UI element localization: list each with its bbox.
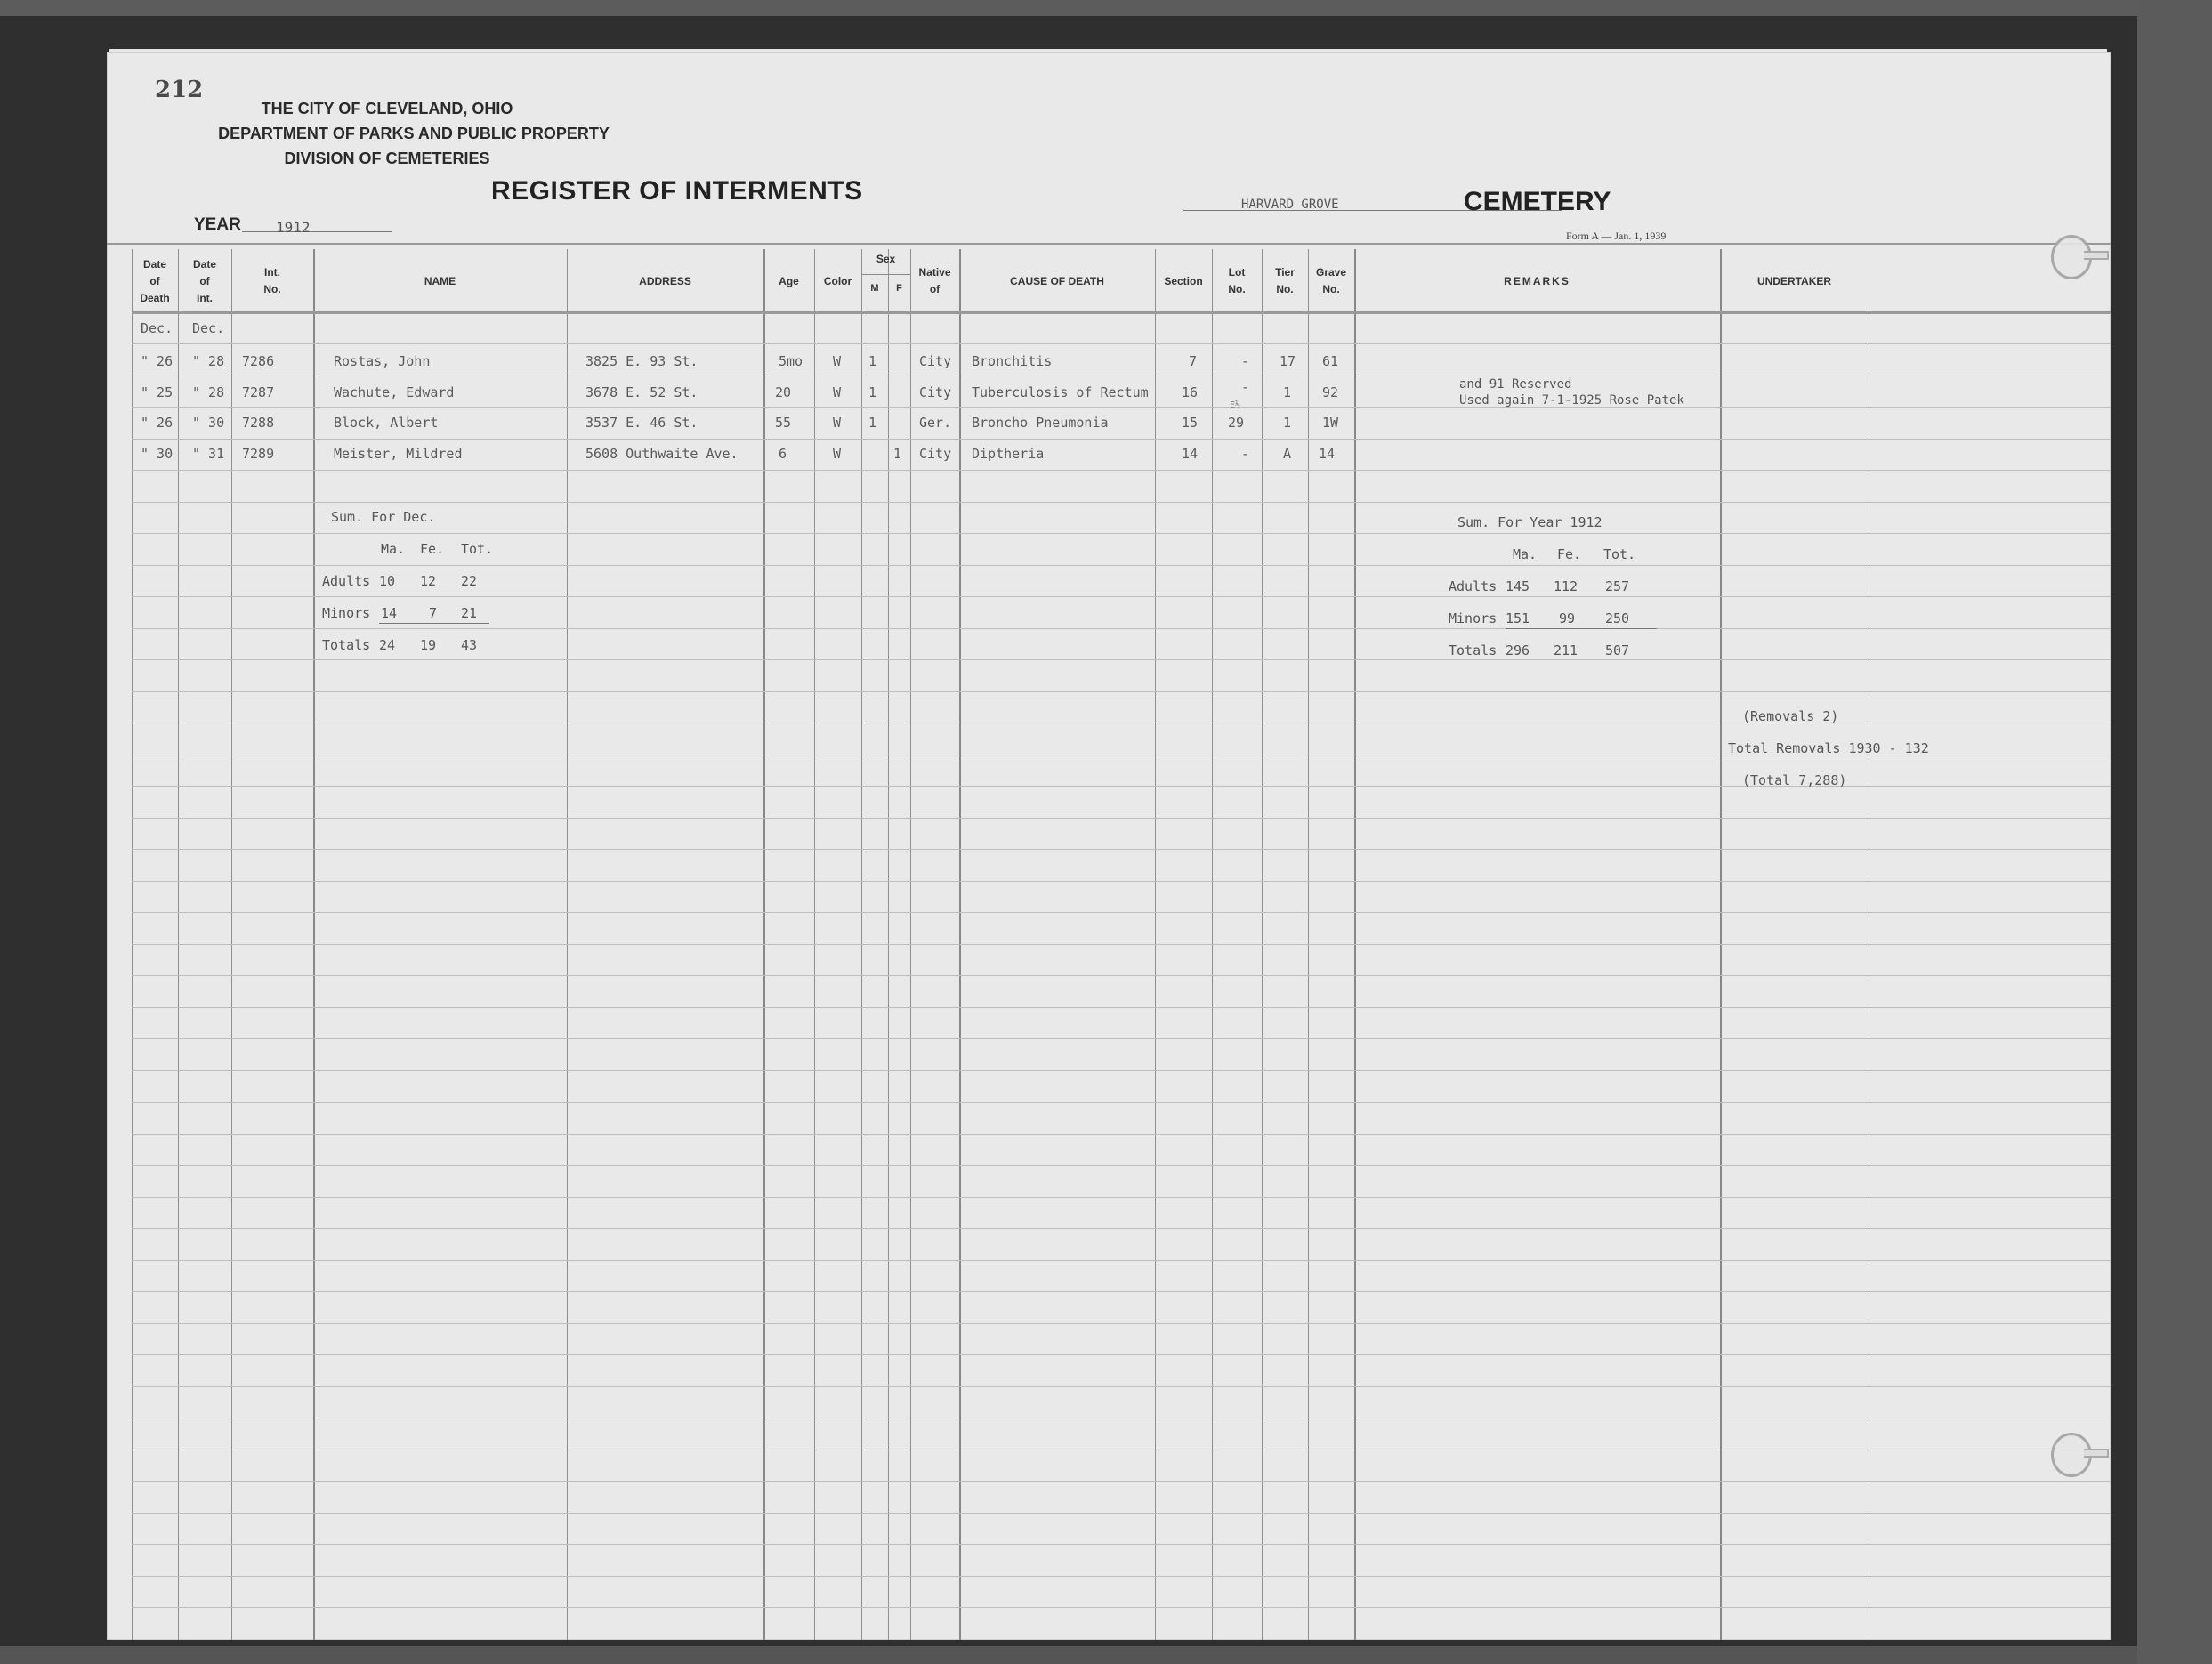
month-col-ma: Ma. bbox=[381, 541, 405, 557]
total-interments: (Total 7,288) bbox=[1742, 772, 1846, 788]
month-col-tot: Tot. bbox=[461, 541, 493, 557]
row1-color: W bbox=[833, 353, 841, 369]
header-date-of-death: Date of Death bbox=[132, 254, 178, 308]
ruled-line bbox=[132, 1386, 2111, 1387]
row2-date-of-int: " 28 bbox=[192, 384, 224, 400]
month-adults-fe: 12 bbox=[420, 573, 436, 589]
register-page: 212 THE CITY OF CLEVELAND, OHIO DEPARTME… bbox=[107, 52, 2111, 1640]
row2-remarks-line2: Used again 7-1-1925 Rose Patek bbox=[1459, 393, 1684, 408]
header-date-of-int: Date of Int. bbox=[178, 254, 231, 308]
row2-age: 20 bbox=[775, 384, 791, 400]
ruled-line bbox=[132, 439, 2111, 440]
row1-date-of-int: " 28 bbox=[192, 353, 224, 369]
header-age: Age bbox=[763, 254, 814, 308]
ruled-line bbox=[132, 1007, 2111, 1008]
ruled-line bbox=[132, 596, 2111, 597]
ruled-line bbox=[132, 502, 2111, 503]
row3-cause: Broncho Pneumonia bbox=[972, 415, 1109, 431]
row2-cause: Tuberculosis of Rectum bbox=[972, 384, 1155, 400]
row3-lot-note: E½ bbox=[1230, 400, 1240, 410]
header-address: ADDRESS bbox=[567, 254, 763, 308]
row1-cause: Bronchitis bbox=[972, 353, 1052, 369]
month-totals-ma: 24 bbox=[379, 637, 395, 653]
ruled-line bbox=[132, 944, 2111, 945]
ruled-line bbox=[132, 881, 2111, 882]
ruled-line bbox=[132, 1418, 2111, 1418]
row2-int-no: 7287 bbox=[242, 384, 274, 400]
month-totals-fe: 19 bbox=[420, 637, 436, 653]
row1-tier: 17 bbox=[1280, 353, 1296, 369]
row1-grave: 61 bbox=[1322, 353, 1338, 369]
ruled-line bbox=[132, 691, 2111, 692]
header-grave-no: Grave No. bbox=[1308, 254, 1354, 308]
month-minors-label: Minors bbox=[322, 605, 370, 621]
row4-date-of-death: " 30 bbox=[141, 446, 173, 462]
removals-count: (Removals 2) bbox=[1742, 708, 1838, 724]
row4-name: Meister, Mildred bbox=[334, 446, 463, 462]
row4-grave: 14 bbox=[1319, 446, 1335, 462]
row1-sex-m: 1 bbox=[868, 353, 876, 369]
sex-divider bbox=[861, 274, 910, 275]
ruled-line bbox=[132, 565, 2111, 566]
header-tier-no: Tier No. bbox=[1262, 254, 1308, 308]
header-remarks: REMARKS bbox=[1354, 254, 1720, 308]
month-summary-title: Sum. For Dec. bbox=[331, 509, 435, 525]
row4-cause: Diptheria bbox=[972, 446, 1044, 462]
year-minors-fe: 99 bbox=[1559, 610, 1575, 626]
cemetery-name: HARVARD GROVE bbox=[1241, 198, 1339, 212]
row1-date-of-death: " 26 bbox=[141, 353, 173, 369]
month-minors-underline bbox=[379, 623, 489, 624]
row4-lot: - bbox=[1241, 446, 1249, 462]
ruled-line bbox=[132, 659, 2111, 660]
row3-age: 55 bbox=[775, 415, 791, 431]
month-int: Dec. bbox=[192, 320, 224, 336]
row2-tier: 1 bbox=[1283, 384, 1291, 400]
row1-name: Rostas, John bbox=[334, 353, 430, 369]
ruled-line bbox=[132, 1134, 2111, 1135]
row2-grave: 92 bbox=[1322, 384, 1338, 400]
month-col-fe: Fe. bbox=[420, 541, 444, 557]
row3-int-no: 7288 bbox=[242, 415, 274, 431]
row3-sex-m: 1 bbox=[868, 415, 876, 431]
row4-date-of-int: " 31 bbox=[192, 446, 224, 462]
row1-section: 7 bbox=[1189, 353, 1197, 369]
ruled-line bbox=[132, 975, 2111, 976]
row3-tier: 1 bbox=[1283, 415, 1291, 431]
ruled-line bbox=[132, 1513, 2111, 1514]
org-city: THE CITY OF CLEVELAND, OHIO bbox=[187, 100, 587, 118]
row4-section: 14 bbox=[1182, 446, 1198, 462]
year-col-ma: Ma. bbox=[1513, 546, 1537, 562]
form-note: Form A — Jan. 1, 1939 bbox=[1566, 230, 1666, 243]
year-totals-fe: 211 bbox=[1554, 642, 1578, 658]
ruled-line bbox=[132, 407, 2111, 408]
year-minors-underline bbox=[1506, 628, 1657, 629]
ruled-line bbox=[132, 1070, 2111, 1071]
month-totals-label: Totals bbox=[322, 637, 370, 653]
row4-address: 5608 Outhwaite Ave. bbox=[585, 446, 739, 462]
year-adults-fe: 112 bbox=[1554, 578, 1578, 594]
year-summary-title: Sum. For Year 1912 bbox=[1457, 514, 1602, 530]
row3-date-of-int: " 30 bbox=[192, 415, 224, 431]
ruled-line bbox=[132, 533, 2111, 534]
row2-native: City bbox=[919, 384, 951, 400]
row1-lot: - bbox=[1241, 353, 1249, 369]
year-adults-tot: 257 bbox=[1605, 578, 1629, 594]
row2-date-of-death: " 25 bbox=[141, 384, 173, 400]
month-death: Dec. bbox=[141, 320, 173, 336]
ruled-line bbox=[132, 1481, 2111, 1482]
ruled-line bbox=[132, 1323, 2111, 1324]
ruled-line bbox=[132, 1260, 2111, 1261]
year-value: 1912 bbox=[276, 219, 311, 236]
header-name: NAME bbox=[313, 254, 567, 308]
cemetery-label: CEMETERY bbox=[1464, 187, 1611, 217]
row4-color: W bbox=[833, 446, 841, 462]
row3-date-of-death: " 26 bbox=[141, 415, 173, 431]
row2-sex-m: 1 bbox=[868, 384, 876, 400]
row3-lot: 29 bbox=[1228, 415, 1244, 431]
register-table: Date of Death Date of Int. Int. No. NAME… bbox=[107, 249, 2111, 1640]
header-section: Section bbox=[1155, 254, 1212, 308]
year-adults-ma: 145 bbox=[1506, 578, 1530, 594]
ruled-line bbox=[132, 376, 2111, 376]
ruled-line bbox=[132, 1450, 2111, 1450]
row2-color: W bbox=[833, 384, 841, 400]
year-minors-label: Minors bbox=[1449, 610, 1497, 626]
year-adults-label: Adults bbox=[1449, 578, 1497, 594]
ruled-line bbox=[132, 1544, 2111, 1545]
row2-remarks-line1: and 91 Reserved bbox=[1459, 377, 1571, 392]
row1-int-no: 7286 bbox=[242, 353, 274, 369]
scanner-edge bbox=[2137, 0, 2212, 1664]
ruled-line bbox=[132, 1354, 2111, 1355]
year-minors-ma: 151 bbox=[1506, 610, 1530, 626]
org-division: DIVISION OF CEMETERIES bbox=[187, 149, 587, 168]
total-removals: Total Removals 1930 - 132 bbox=[1728, 740, 1929, 756]
month-minors-fe: 7 bbox=[429, 605, 437, 621]
header-undertaker: UNDERTAKER bbox=[1720, 254, 1869, 308]
row4-native: City bbox=[919, 446, 951, 462]
ruled-line bbox=[132, 1165, 2111, 1166]
ruled-line bbox=[132, 1197, 2111, 1198]
row3-color: W bbox=[833, 415, 841, 431]
ruled-line bbox=[132, 1576, 2111, 1577]
header-lot-no: Lot No. bbox=[1212, 254, 1262, 308]
year-col-fe: Fe. bbox=[1557, 546, 1581, 562]
month-adults-ma: 10 bbox=[379, 573, 395, 589]
row3-section: 15 bbox=[1182, 415, 1198, 431]
month-adults-tot: 22 bbox=[461, 573, 477, 589]
row4-int-no: 7289 bbox=[242, 446, 274, 462]
ruled-line bbox=[132, 1102, 2111, 1103]
row2-lot: - bbox=[1241, 379, 1249, 395]
row2-section: 16 bbox=[1182, 384, 1198, 400]
binder-ring-stem bbox=[2084, 1449, 2109, 1458]
header-sex: Sex bbox=[861, 253, 910, 265]
header-native-of: Native of bbox=[910, 254, 959, 308]
header-rule bbox=[107, 243, 2111, 245]
ruled-line bbox=[132, 470, 2111, 471]
row3-native: Ger. bbox=[919, 415, 951, 431]
month-totals-tot: 43 bbox=[461, 637, 477, 653]
year-minors-tot: 250 bbox=[1605, 610, 1629, 626]
year-totals-label: Totals bbox=[1449, 642, 1497, 658]
org-department: DEPARTMENT OF PARKS AND PUBLIC PROPERTY bbox=[178, 125, 650, 143]
row2-name: Wachute, Edward bbox=[334, 384, 454, 400]
month-minors-ma: 14 bbox=[381, 605, 397, 621]
year-totals-tot: 507 bbox=[1605, 642, 1629, 658]
ruled-line bbox=[132, 1228, 2111, 1229]
row3-address: 3537 E. 46 St. bbox=[585, 415, 698, 431]
ruled-line bbox=[132, 912, 2111, 913]
row4-age: 6 bbox=[779, 446, 787, 462]
year-col-tot: Tot. bbox=[1603, 546, 1635, 562]
row3-grave: 1W bbox=[1322, 415, 1338, 431]
header-color: Color bbox=[814, 254, 861, 308]
ruled-line bbox=[132, 849, 2111, 850]
header-int-no: Int. No. bbox=[231, 254, 313, 308]
binder-ring-stem bbox=[2084, 251, 2109, 260]
year-totals-ma: 296 bbox=[1506, 642, 1530, 658]
year-field-line bbox=[242, 231, 392, 232]
row3-name: Block, Albert bbox=[334, 415, 438, 431]
row1-address: 3825 E. 93 St. bbox=[585, 353, 698, 369]
row2-address: 3678 E. 52 St. bbox=[585, 384, 698, 400]
month-minors-tot: 21 bbox=[461, 605, 477, 621]
row4-tier: A bbox=[1283, 446, 1291, 462]
row1-native: City bbox=[919, 353, 951, 369]
ruled-line bbox=[132, 1607, 2111, 1608]
ruled-line bbox=[132, 628, 2111, 629]
header-sex-m: M bbox=[861, 283, 888, 294]
ruled-line bbox=[132, 1291, 2111, 1292]
ruled-line bbox=[132, 1038, 2111, 1039]
row4-sex-f: 1 bbox=[893, 446, 901, 462]
ruled-line bbox=[132, 818, 2111, 819]
month-adults-label: Adults bbox=[322, 573, 370, 589]
header-bottom-rule bbox=[132, 311, 2111, 314]
row1-age: 5mo bbox=[779, 353, 803, 369]
header-cause-of-death: CAUSE OF DEATH bbox=[959, 254, 1155, 308]
header-sex-f: F bbox=[888, 283, 910, 294]
year-label: YEAR bbox=[194, 215, 241, 235]
page-title: REGISTER OF INTERMENTS bbox=[491, 176, 863, 206]
ruled-line bbox=[132, 343, 2111, 344]
